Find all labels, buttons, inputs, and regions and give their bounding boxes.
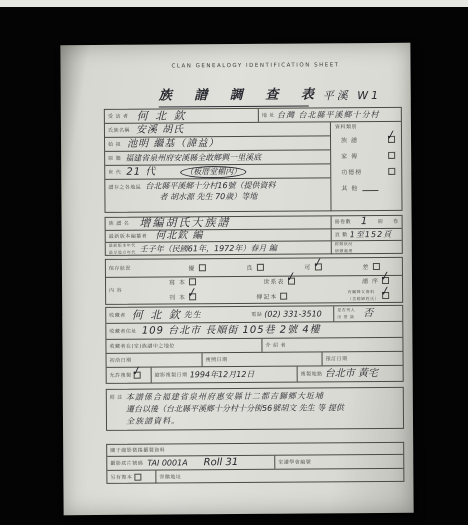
allow-copy-label: 允許複製	[110, 372, 132, 378]
category-item-zupu: 族 譜	[341, 135, 358, 144]
status-label-line1: 經辦狀況	[335, 241, 353, 247]
allow-copy-checkbox	[134, 372, 141, 379]
holder-position-label: 收藏者在(家)族譜中之地位	[109, 343, 174, 349]
interviewee-label: 受 訪 者	[108, 113, 129, 119]
category-column: 資料類別 族 譜 家 傳 功德榜 其 他	[330, 122, 402, 211]
interviewee-value: 何 北 欽	[137, 111, 187, 121]
row-edition-date: 最新版本年代 最早設立年代 壬子年（民國61年，1972年）春月 編 經辦狀況 …	[106, 241, 402, 256]
row-settle-locations: 譜存之各地區 台北縣平溪鄉十分村16號（提供資料 者 胡水源 先生 70歲）等地	[105, 178, 330, 213]
content-lineage-chart: 世系表	[263, 277, 284, 286]
date-value: 壬子年（民國61年，1972年）春月 編	[140, 243, 277, 254]
content-manuscript: 寫 本	[169, 277, 186, 286]
handwritten-side-note: 平溪 W1	[323, 87, 381, 103]
condition-table: 保存狀況 優 良 可 差	[105, 257, 403, 305]
basic-info-table: 受 訪 者 何 北 欽 地 址 台灣 台北縣平溪鄉十分村 氏族名稱 安溪 胡氏	[104, 107, 403, 213]
scan-top-band	[0, 0, 468, 7]
date-label-line2: 最早設立年代	[109, 250, 136, 256]
lineage-chart-checkbox	[287, 278, 294, 285]
holder-value: 何 北 欽	[132, 310, 182, 320]
keep-option-good: 良	[246, 263, 253, 272]
keep-option-fair: 可	[304, 262, 311, 271]
zupu-checkbox	[388, 136, 395, 143]
books-unit2: 卷	[393, 219, 399, 225]
row-preservation: 保存狀況 優 良 可 差	[106, 258, 402, 278]
microfilm-date-value: 1994年12月12日	[190, 369, 255, 379]
genealogy-form-paper: CLAN GENEALOGY IDENTIFICATION SHEET 族 譜 …	[60, 43, 413, 515]
remarks-box: 附 註 本譜係合福建省泉州府惠安縣廿二都吉獅鄉大坵埔 遷台以後（台北縣平溪鄉十分…	[106, 387, 404, 431]
form-title: 族 譜 調 查 表	[159, 83, 309, 107]
women-data-label-line1: 有關婦女資料	[348, 289, 380, 295]
title-label: 族 譜 名	[109, 221, 130, 227]
scheduled-date-label: 預訂日期	[326, 356, 348, 362]
books-value: 1	[361, 217, 368, 227]
generation-value: 21 代	[126, 167, 156, 177]
settle-line1: 台北縣平溪鄉十分村16號（提供資料	[145, 181, 275, 192]
content-printed: 刊 本	[169, 292, 186, 301]
origin-value: 福建省泉州府安溪縣全敢鄉興一里溪底	[125, 152, 261, 163]
founder-label: 始 祖	[108, 141, 121, 147]
holder-address-label: 收藏者住址	[109, 328, 137, 334]
volume-info-table: 族 譜 名 增編胡氏大族譜 冊卷數 1 冊 卷 最新版本編纂者 何北欽 編 頁 …	[105, 215, 403, 256]
copy-place-label: 複製地點	[301, 371, 323, 377]
biography-checkbox	[280, 293, 287, 300]
poor-checkbox	[372, 263, 379, 270]
women-data-checkbox	[382, 292, 389, 299]
editor-value: 何北欽 編	[155, 231, 203, 241]
lend-value: 否	[363, 309, 374, 319]
holder-label: 收藏者	[109, 312, 126, 318]
category-item-other: 其 他	[341, 183, 358, 192]
printed-checkbox	[189, 293, 196, 300]
clan-value: 安溪 胡氏	[136, 125, 184, 135]
origin-label: 原 籍	[108, 155, 121, 161]
remarks-line2: 遷台以後（台北縣平溪鄉十分村十分街56號胡文 先生 等 提供	[126, 403, 344, 415]
holder-suffix: 先生	[184, 310, 202, 320]
clan-label: 氏族名稱	[108, 127, 130, 133]
phone-value: (02) 331-3510	[264, 309, 322, 319]
address-value: 台灣 台北縣平溪鄉十分村	[277, 110, 380, 121]
address-label: 地 址	[262, 112, 275, 118]
copy-date-label: 複照日期	[206, 357, 228, 363]
date-label-line1: 最新版本年代	[109, 243, 136, 249]
fair-checkbox	[314, 263, 321, 270]
remarks-line1: 本譜係合福建省泉州府惠安縣廿二都吉獅鄉大坵埔	[126, 391, 344, 403]
society-number-label: 家譜學會編號	[278, 459, 311, 465]
scanned-photo-canvas: CLAN GENEALOGY IDENTIFICATION SHEET 族 譜 …	[0, 0, 468, 525]
preservation-label: 保存狀況	[109, 265, 131, 271]
microfilm-table: 關于縮影微捲攝製資料 攝影底片號碼 TAI 0001A Roll 31 家譜學會…	[106, 442, 404, 484]
women-data-label-line2: （含媳婦姓氏）	[348, 296, 380, 302]
books-label: 冊卷數	[335, 219, 352, 225]
status-label-line2: 研辦處理	[335, 248, 353, 254]
editor-label: 最新版本編纂者	[109, 233, 148, 239]
good-checkbox	[256, 264, 263, 271]
duplicate-label: 另有複本	[110, 474, 132, 480]
duplicate-checkbox	[134, 474, 141, 481]
books-unit: 冊	[378, 219, 384, 225]
settle-line2: 者 胡水源 先生 70歲）等地	[159, 192, 275, 203]
remarks-line3: 全族譜資料。	[126, 415, 344, 427]
copy-place-value: 台北市 黃宅	[325, 369, 378, 379]
title-value: 增編胡氏大族譜	[139, 218, 230, 229]
introducer-label: 介 紹 者	[265, 342, 286, 348]
content-biography: 傳記本	[256, 292, 277, 301]
microfilm-header-label: 關于縮影微捲攝製資料	[110, 447, 165, 453]
pages-value: 1至152頁	[350, 229, 392, 239]
film-number-label: 攝影底片號碼	[110, 460, 143, 466]
phone-label: 電話	[251, 311, 262, 317]
pages-label: 頁 數	[335, 232, 348, 238]
founder-value: 池明 繼基（諱益）	[127, 139, 219, 150]
excellent-checkbox	[198, 264, 205, 271]
film-number-value: TAI 0001A	[147, 458, 187, 468]
sheet-title-en: CLAN GENEALOGY IDENTIFICATION SHEET	[155, 62, 355, 69]
row-duplicate: 另有複本 寄贈地址	[107, 469, 403, 484]
settle-label: 譜存之各地區	[108, 185, 141, 191]
generation-note: （板厝堂楣內）	[180, 165, 246, 177]
keep-option-excellent: 優	[188, 263, 195, 272]
roll-number-value: Roll 31	[204, 457, 239, 467]
content-preface: 譜 序	[362, 276, 379, 285]
row-interviewee: 受 訪 者 何 北 欽 地 址 台灣 台北縣平溪鄉十分村	[105, 108, 401, 124]
keep-option-poor: 差	[362, 262, 369, 271]
row-contents: 內 容 寫 本 世系表 譜 序	[106, 276, 402, 304]
other-blank-line	[362, 184, 378, 191]
contents-label: 內 容	[109, 288, 122, 294]
send-address-label: 寄贈地址	[159, 474, 181, 480]
category-item-gongdebang: 功德榜	[341, 167, 362, 176]
generation-label: 世 代	[108, 169, 121, 175]
first-contact-date-label: 初洽日期	[110, 357, 132, 363]
category-item-jiazhuan: 家 傳	[341, 151, 358, 160]
remarks-label: 附 註	[110, 395, 123, 428]
row-permission: 允許複製 縮影複製日期 1994年12月12日 複製地點 台北市 黃宅	[107, 366, 403, 383]
lend-label-line1: 是否列入	[337, 307, 355, 313]
lend-label-line2: 出 借 談	[337, 314, 355, 320]
holder-address-value: 109 台北市 長順街 105巷 2號 4樓	[142, 325, 321, 336]
holder-table: 收藏者 何 北 欽 先生 電話 (02) 331-3510 是否列入 出 借 談…	[105, 305, 404, 384]
gongdebang-checkbox	[388, 168, 395, 175]
microfilm-date-label: 縮影複製日期	[155, 372, 188, 378]
jiazhuan-checkbox	[388, 152, 395, 159]
